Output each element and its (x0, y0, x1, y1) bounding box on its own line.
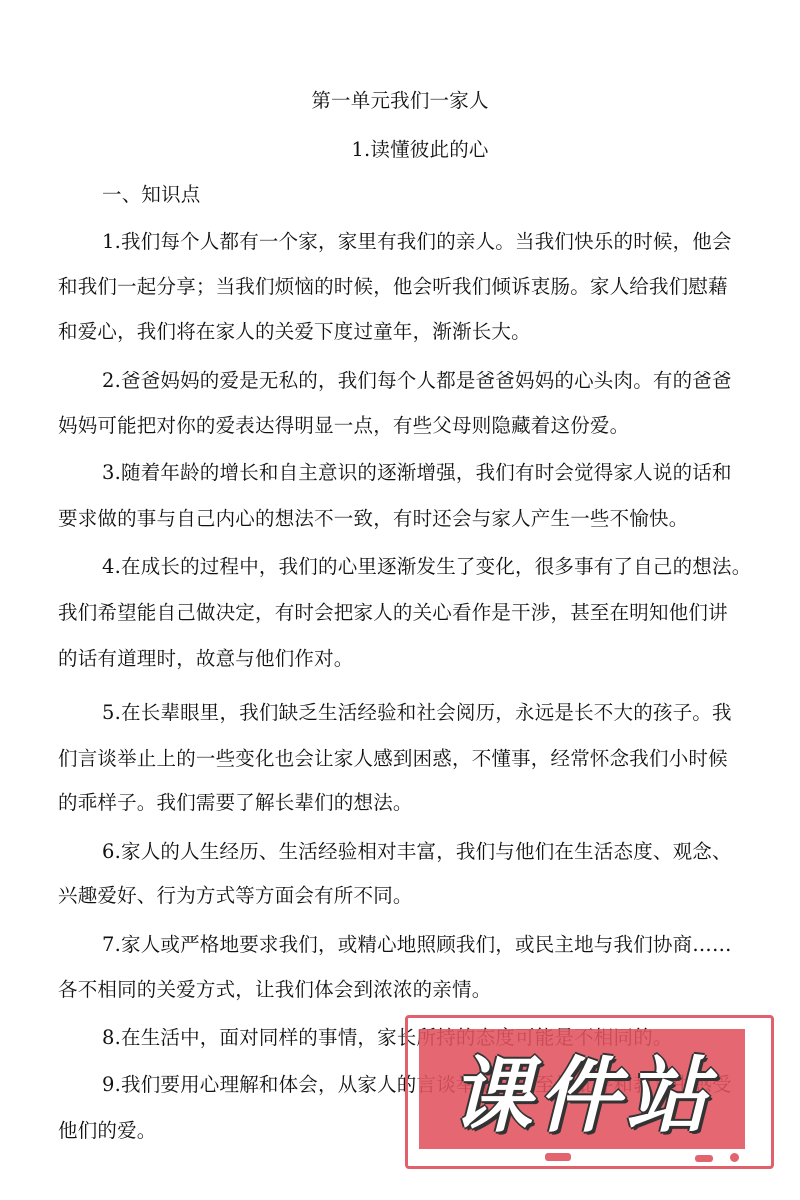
paragraph-3-line-1: 3.随着年龄的增长和自主意识的逐渐增强，我们有时会觉得家人说的话和 (102, 461, 732, 485)
paragraph-6-line-2: 兴趣爱好、行为方式等方面会有所不同。 (58, 884, 413, 908)
paragraph-7-line-2: 各不相同的关爱方式，让我们体会到浓浓的亲情。 (58, 978, 491, 1002)
watermark-speck (730, 1153, 739, 1162)
paragraph-4-line-3: 的话有道理时，故意与他们作对。 (58, 647, 354, 671)
paragraph-4-line-1: 4.在成长的过程中，我们的心里逐渐发生了变化，很多事有了自己的想法。 (102, 555, 751, 579)
paragraph-9-line-2: 他们的爱。 (58, 1119, 157, 1143)
paragraph-1-line-3: 和爱心，我们将在家人的关爱下度过童年，渐渐长大。 (58, 320, 531, 344)
paragraph-8-line-1: 8.在生活中，面对同样的事情，家长所持的态度可能是不相同的。 (102, 1026, 673, 1050)
section-heading: 一、知识点 (102, 183, 201, 207)
watermark-speck (695, 1155, 713, 1162)
unit-title: 第一单元我们一家人 (0, 89, 800, 113)
watermark-speck (545, 1153, 571, 1161)
paragraph-5-line-3: 的乖样子。我们需要了解长辈们的想法。 (58, 791, 413, 815)
paragraph-2-line-1: 2.爸爸妈妈的爱是无私的，我们每个人都是爸爸妈妈的心头肉。有的爸爸 (102, 369, 732, 393)
lesson-title: 1.读懂彼此的心 (0, 138, 800, 162)
paragraph-5-line-1: 5.在长辈眼里，我们缺乏生活经验和社会阅历，永远是长不大的孩子。我 (102, 701, 732, 725)
paragraph-2-line-2: 妈妈可能把对你的爱表达得明显一点，有些父母则隐藏着这份爱。 (58, 414, 629, 438)
document-page: 第一单元我们一家人 1.读懂彼此的心 一、知识点 1.我们每个人都有一个家，家里… (0, 0, 800, 1200)
paragraph-5-line-2: 们言谈举止上的一些变化也会让家人感到困惑，不懂事，经常怀念我们小时候 (58, 747, 728, 771)
paragraph-3-line-2: 要求做的事与自己内心的想法不一致，有时还会与家人产生一些不愉快。 (58, 507, 688, 531)
paragraph-9-line-1: 9.我们要用心理解和体会，从家人的言谈举止，甚至是批评和教育中感受 (102, 1073, 732, 1097)
paragraph-1-line-2: 和我们一起分享；当我们烦恼的时候，他会听我们倾诉衷肠。家人给我们慰藉 (58, 275, 728, 299)
paragraph-6-line-1: 6.家人的人生经历、生活经验相对丰富，我们与他们在生活态度、观念、 (102, 840, 732, 864)
paragraph-1-line-1: 1.我们每个人都有一个家，家里有我们的亲人。当我们快乐的时候，他会 (102, 230, 732, 254)
paragraph-4-line-2: 我们希望能自己做决定，有时会把家人的关心看作是干涉，甚至在明知他们讲 (58, 601, 728, 625)
paragraph-7-line-1: 7.家人或严格地要求我们，或精心地照顾我们，或民主地与我们协商…… (102, 933, 732, 957)
